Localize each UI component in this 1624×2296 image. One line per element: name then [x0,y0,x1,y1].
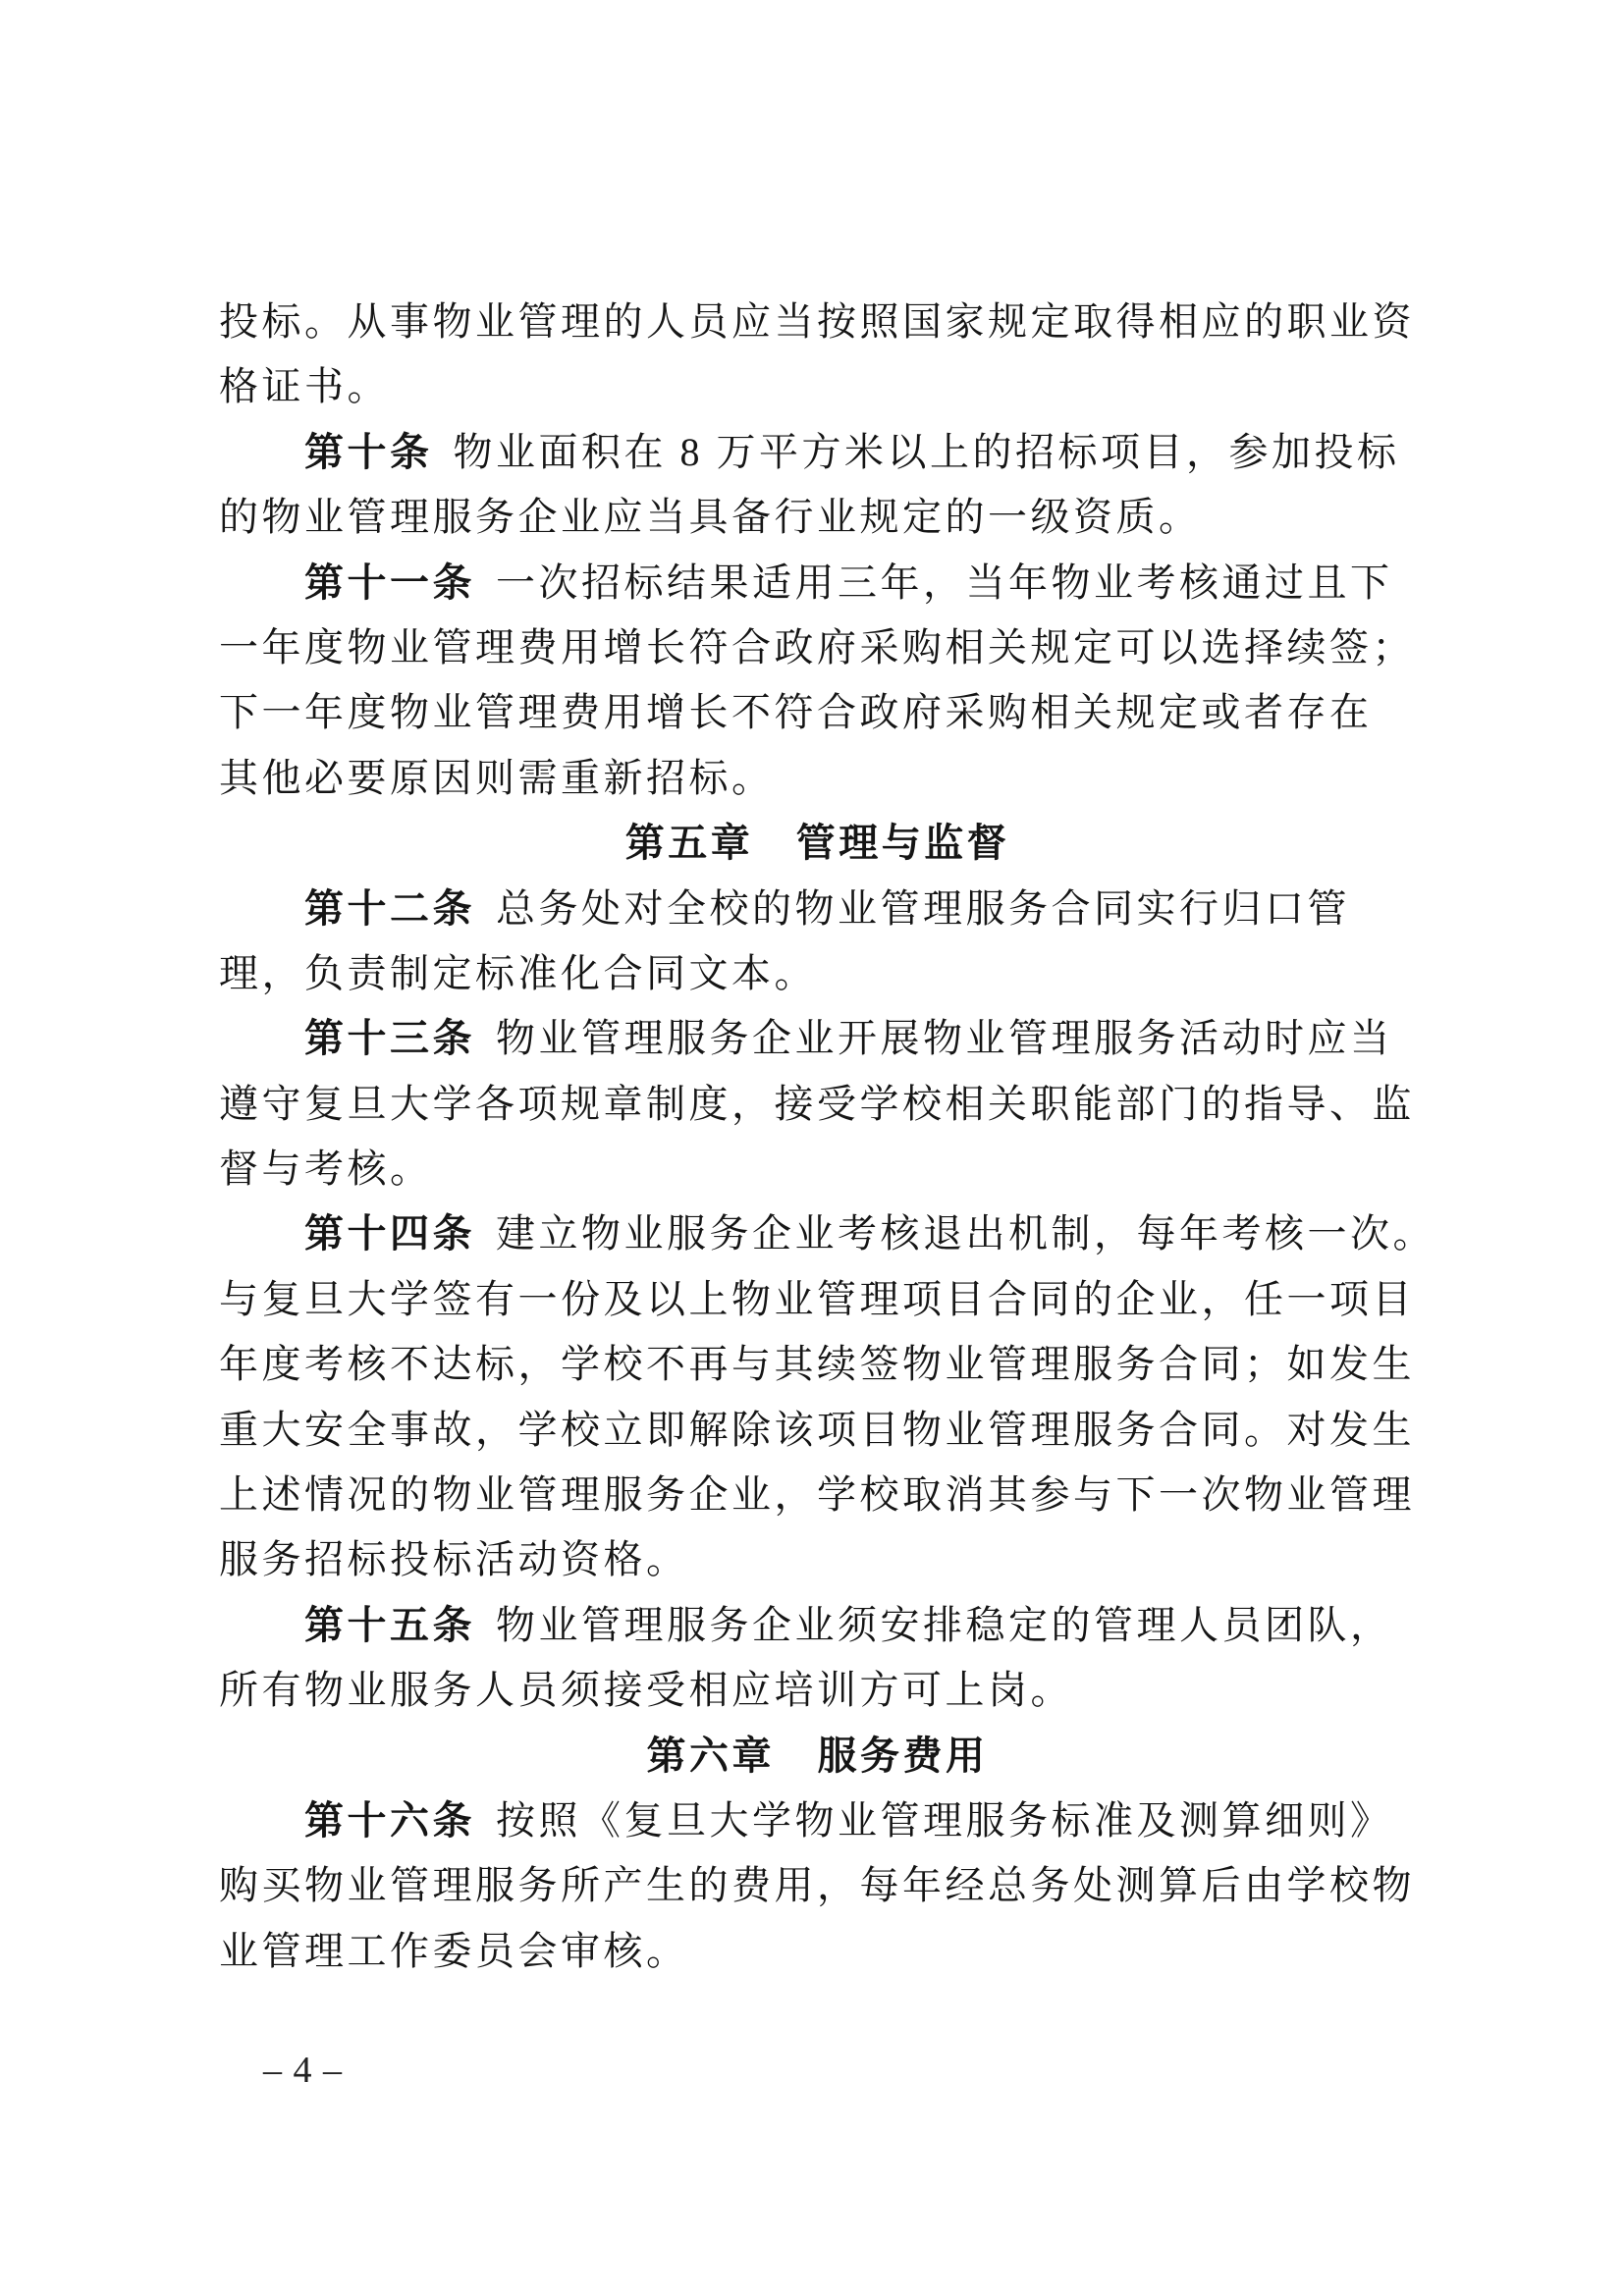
article-first-line: 第十条物业面积在 8 万平方米以上的招标项目，参加投标 [219,420,1416,485]
body-line: 业管理工作委员会审核。 [219,1919,1416,1984]
article-first-line: 第十一条一次招标结果适用三年，当年物业考核通过且下 [219,551,1416,615]
article-label: 第十三条 [304,1017,475,1060]
article-first-line: 第十三条物业管理服务企业开展物业管理服务活动时应当 [219,1006,1416,1071]
chapter-heading: 第五章 管理与监督 [219,811,1416,876]
article-label: 第十一条 [304,561,475,605]
article-first-line: 第十六条按照《复旦大学物业管理服务标准及测算细则》 [219,1789,1416,1853]
page-number: – 4 – [263,2050,343,2091]
body-line: 所有物业服务人员须接受相应培训方可上岗。 [219,1658,1416,1723]
body-line: 下一年度物业管理费用增长不符合政府采购相关规定或者存在 [219,680,1416,745]
article-text: 总务处对全校的物业管理服务合同实行归口管 [496,886,1350,931]
article-text: 物业管理服务企业开展物业管理服务活动时应当 [496,1016,1393,1060]
article-text: 物业管理服务企业须安排稳定的管理人员团队， [496,1603,1393,1647]
article-label: 第十条 [304,431,433,474]
body-line: 遵守复旦大学各项规章制度，接受学校相关职能部门的指导、监 [219,1072,1416,1137]
article-first-line: 第十四条建立物业服务企业考核退出机制，每年考核一次。 [219,1201,1416,1266]
body-line: 投标。从事物业管理的人员应当按照国家规定取得相应的职业资 [219,290,1416,354]
article-first-line: 第十五条物业管理服务企业须安排稳定的管理人员团队， [219,1593,1416,1658]
body-line: 与复旦大学签有一份及以上物业管理项目合同的企业，任一项目 [219,1267,1416,1332]
article-first-line: 第十二条总务处对全校的物业管理服务合同实行归口管 [219,877,1416,941]
body-line: 购买物业管理服务所产生的费用，每年经总务处测算后由学校物 [219,1853,1416,1918]
article-label: 第十六条 [304,1799,475,1842]
article-text: 建立物业服务企业考核退出机制，每年考核一次。 [496,1211,1435,1255]
article-label: 第十四条 [304,1212,475,1255]
body-line: 上述情况的物业管理服务企业，学校取消其参与下一次物业管理 [219,1463,1416,1527]
article-text: 按照《复旦大学物业管理服务标准及测算细则》 [496,1798,1393,1842]
body-line: 理，负责制定标准化合同文本。 [219,941,1416,1006]
body-line: 服务招标投标活动资格。 [219,1527,1416,1592]
body-line: 格证书。 [219,354,1416,419]
body-line: 的物业管理服务企业应当具备行业规定的一级资质。 [219,485,1416,550]
article-label: 第十二条 [304,887,475,931]
body-line: 督与考核。 [219,1137,1416,1201]
body-line: 重大安全事故，学校立即解除该项目物业管理服务合同。对发生 [219,1398,1416,1463]
article-label: 第十五条 [304,1604,475,1647]
article-text: 一次招标结果适用三年，当年物业考核通过且下 [496,561,1393,605]
body-line: 其他必要原因则需重新招标。 [219,746,1416,811]
document-body: 投标。从事物业管理的人员应当按照国家规定取得相应的职业资 格证书。 第十条物业面… [219,290,1416,1984]
chapter-heading: 第六章 服务费用 [219,1724,1416,1789]
body-line: 年度考核不达标，学校不再与其续签物业管理服务合同；如发生 [219,1332,1416,1397]
document-page: 投标。从事物业管理的人员应当按照国家规定取得相应的职业资 格证书。 第十条物业面… [0,0,1624,2296]
body-line: 一年度物业管理费用增长符合政府采购相关规定可以选择续签； [219,615,1416,680]
article-text: 物业面积在 8 万平方米以上的招标项目，参加投标 [454,430,1400,474]
